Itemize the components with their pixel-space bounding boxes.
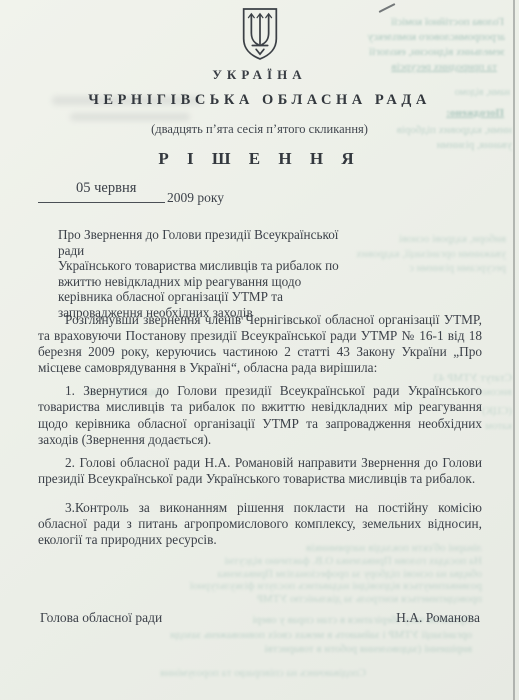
signer-name: Н.А. Романова: [396, 610, 480, 626]
date-year: 2009 року: [167, 190, 224, 206]
decision-subject: Про Звернення до Голови президії Всеукра…: [58, 227, 358, 321]
date-blank-line: [38, 202, 165, 203]
council-name: ЧЕРНІГІВСЬКА ОБЛАСНА РАДА: [0, 92, 519, 109]
coat-of-arms-icon: [236, 6, 284, 62]
signature-row: Голова обласної ради Н.А. Романова: [40, 610, 480, 626]
decision-item-1: 1. Звернутися до Голови президії Всеукра…: [38, 383, 482, 447]
bleed-through-text: агропромислового комплексу: [347, 30, 505, 45]
date-filled-in: 05 червня: [76, 180, 136, 197]
decision-item-3: 3.Контроль за виконанням рішення покласт…: [38, 500, 482, 548]
pen-mark: [379, 3, 396, 13]
session-line: (двадцять п’ята сесія п’ятого скликання): [0, 122, 519, 137]
bleed-through-text: Голова постійної комісії: [352, 15, 504, 30]
signer-position: Голова обласної ради: [40, 610, 162, 626]
country-name: УКРАЇНА: [0, 67, 519, 83]
decision-item-2: 2. Голові обласної ради Н.А. Романовій н…: [38, 455, 482, 487]
smudge-mark: [70, 113, 190, 121]
bleed-through-text: Сподіваючись на співпрацю та порозуміння: [76, 666, 366, 681]
decision-body: Розглянувши звернення членів Чернігівськ…: [38, 312, 482, 555]
scanned-document-page: Голова постійної комісії агропромисловог…: [0, 0, 519, 700]
intro-paragraph: Розглянувши звернення членів Чернігівськ…: [38, 312, 482, 376]
bleed-through-text: земельних відносин, екології: [342, 45, 505, 60]
document-type-heading: Р І Ш Е Н Н Я: [0, 149, 519, 169]
